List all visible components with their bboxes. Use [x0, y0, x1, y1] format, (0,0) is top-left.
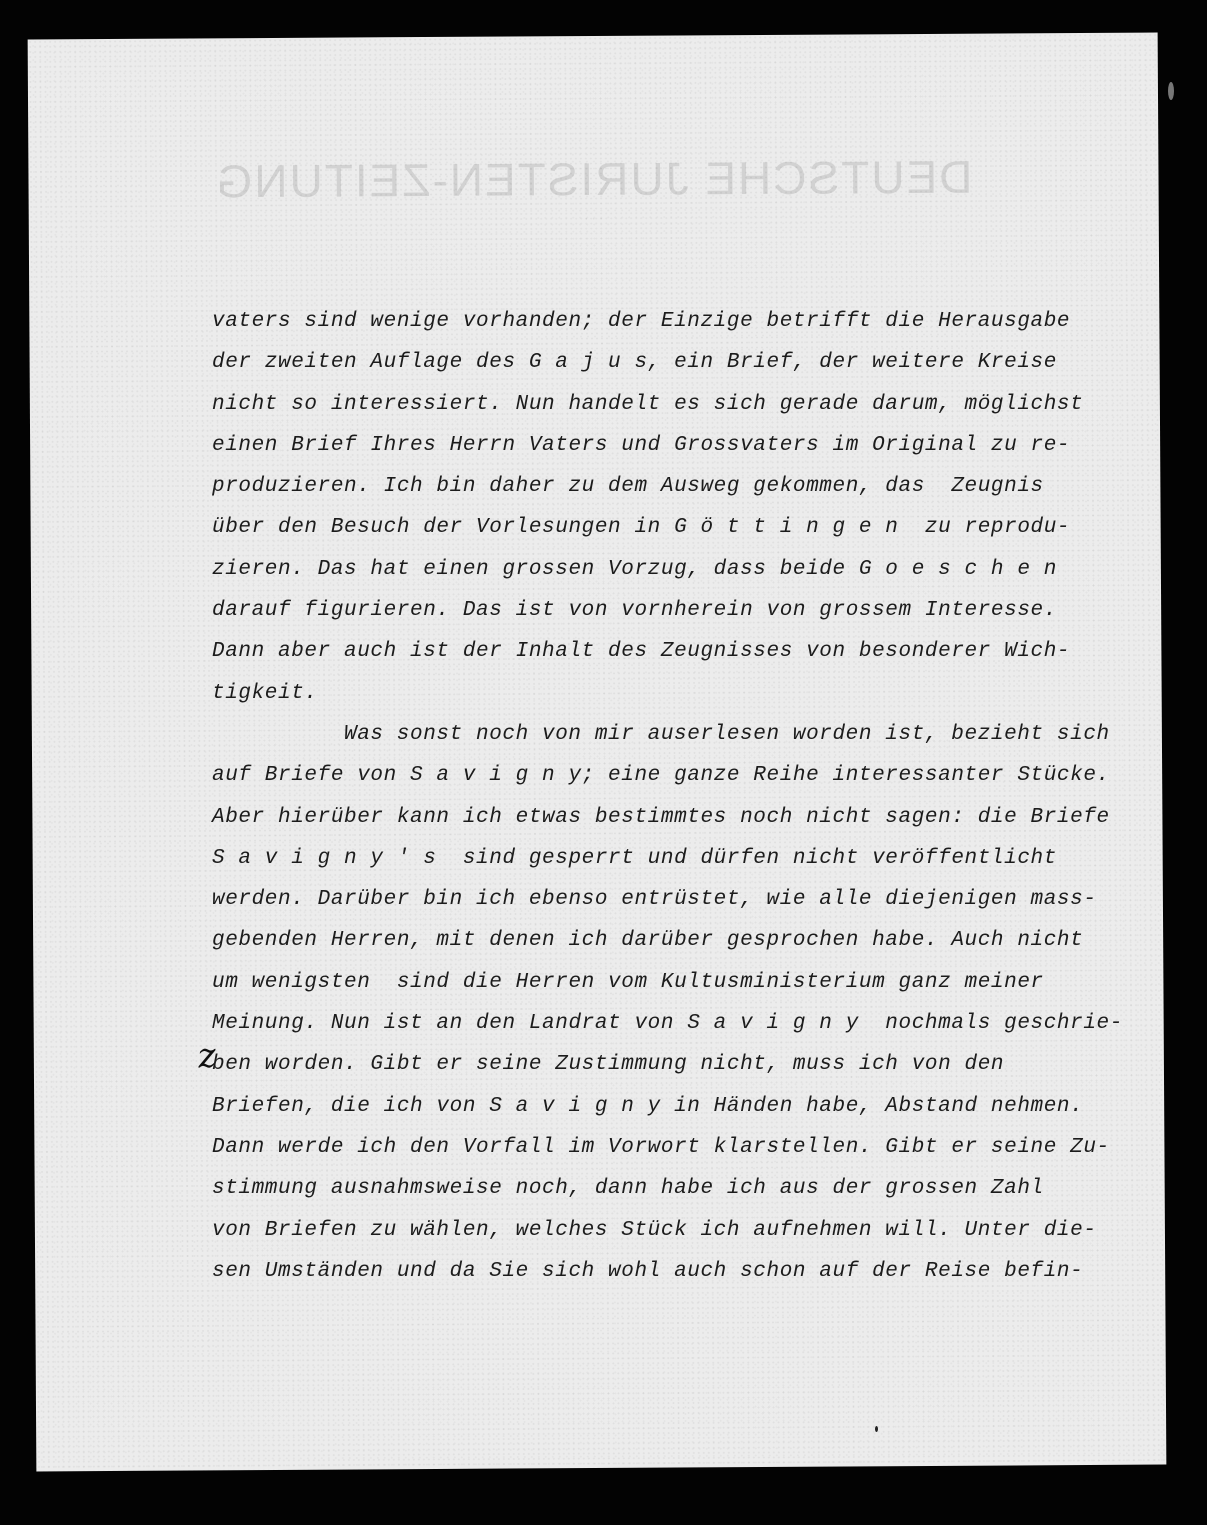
text-line: Dann aber auch ist der Inhalt des Zeugni…	[212, 631, 1112, 672]
text-line: zieren. Das hat einen grossen Vorzug, da…	[212, 549, 1112, 590]
text-line: einen Brief Ihres Herrn Vaters und Gross…	[212, 425, 1112, 466]
text-line: werden. Darüber bin ich ebenso entrüstet…	[212, 879, 1112, 920]
letterhead-bleedthrough: DEUTSCHE JURISTEN-ZEITUNG	[28, 149, 1158, 210]
text-line: um wenigsten sind die Herren vom Kultusm…	[212, 962, 1112, 1003]
text-line: Aber hierüber kann ich etwas bestimmtes …	[212, 797, 1112, 838]
text-line: nicht so interessiert. Nun handelt es si…	[212, 384, 1112, 425]
text-line: gebenden Herren, mit denen ich darüber g…	[212, 920, 1112, 961]
letterhead-subline: · · ·	[29, 208, 1159, 229]
text-line: S a v i g n y ' s sind gesperrt und dürf…	[212, 838, 1112, 879]
scan-speck	[875, 1426, 878, 1432]
text-line: produzieren. Ich bin daher zu dem Ausweg…	[212, 466, 1112, 507]
paragraph-start-line: Was sonst noch von mir auserlesen worden…	[212, 714, 1112, 755]
text-line: auf Briefe von S a v i g n y; eine ganze…	[212, 755, 1112, 796]
text-line: ben worden. Gibt er seine Zustimmung nic…	[212, 1044, 1112, 1085]
text-line: sen Umständen und da Sie sich wohl auch …	[212, 1251, 1112, 1292]
text-line: darauf figurieren. Das ist von vornherei…	[212, 590, 1112, 631]
text-line: Briefen, die ich von S a v i g n y in Hä…	[212, 1086, 1112, 1127]
handwritten-margin-annotation: z	[197, 1035, 218, 1076]
text-line: von Briefen zu wählen, welches Stück ich…	[212, 1210, 1112, 1251]
text-line: Dann werde ich den Vorfall im Vorwort kl…	[212, 1127, 1112, 1168]
text-line: vaters sind wenige vorhanden; der Einzig…	[212, 301, 1112, 342]
scan-speck	[1168, 82, 1174, 100]
text-line: der zweiten Auflage des G a j u s, ein B…	[212, 342, 1112, 383]
text-line: stimmung ausnahmsweise noch, dann habe i…	[212, 1168, 1112, 1209]
text-line: über den Besuch der Vorlesungen in G ö t…	[212, 507, 1112, 548]
text-line: tigkeit.	[212, 673, 1112, 714]
text-line: Meinung. Nun ist an den Landrat von S a …	[212, 1003, 1112, 1044]
typewritten-body: vaters sind wenige vorhanden; der Einzig…	[212, 301, 1112, 1292]
